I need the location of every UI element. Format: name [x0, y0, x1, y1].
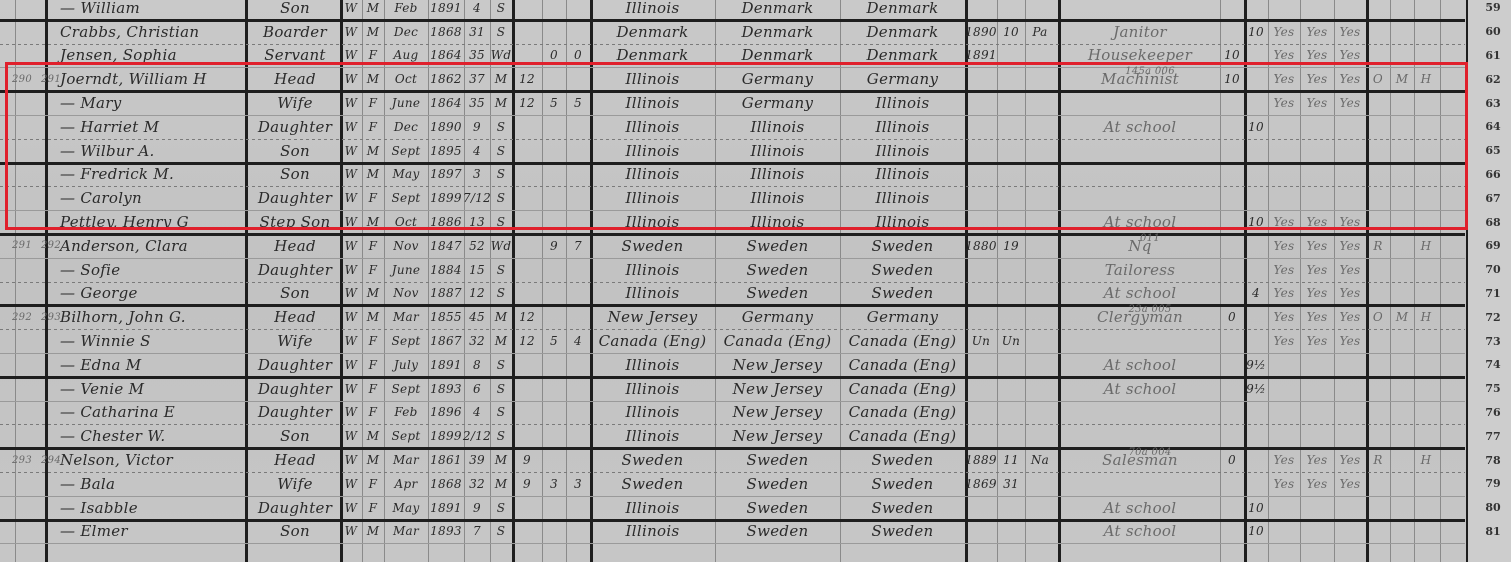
cell-name: — William	[50, 0, 255, 20]
table-row: — CarolynDaughterWFSept18997/12SIllinois…	[0, 186, 1465, 210]
cell-age: 9	[464, 115, 490, 139]
table-row: — Catharina EDaughterWFFeb18964SIllinois…	[0, 401, 1465, 425]
cell-farm-house: H	[1414, 448, 1438, 472]
cell-speak-english	[1334, 163, 1366, 187]
cell-mother-birthplace: Illinois	[840, 91, 965, 115]
cell-dwelling	[8, 20, 36, 44]
cell-immigration-year: 1890	[965, 20, 997, 44]
cell-marital: S	[490, 20, 512, 44]
cell-children-living: 3	[566, 472, 590, 496]
cell-immigration-year	[965, 0, 997, 20]
cell-months-unemployed	[1220, 186, 1244, 210]
cell-naturalization	[1025, 186, 1055, 210]
cell-speak-english: Yes	[1334, 258, 1366, 282]
cell-name: — Edna M	[50, 353, 255, 377]
cell-write: Yes	[1300, 234, 1334, 258]
line-number: 77	[1478, 424, 1508, 448]
cell-occupation: Housekeeper	[1060, 44, 1220, 68]
cell-occupation	[1060, 186, 1220, 210]
cell-years-in-us	[997, 282, 1025, 306]
cell-naturalization	[1025, 0, 1055, 20]
cell-years-married: 12	[512, 305, 542, 329]
cell-read: Yes	[1268, 472, 1300, 496]
cell-sex: M	[362, 305, 384, 329]
cell-year: 1897	[428, 163, 464, 187]
cell-marital: S	[490, 520, 512, 544]
cell-dwelling	[8, 282, 36, 306]
cell-farm-house	[1414, 258, 1438, 282]
cell-color: W	[340, 377, 362, 401]
cell-farm-house	[1414, 401, 1438, 425]
cell-naturalization	[1025, 234, 1055, 258]
cell-mother-birthplace: Canada (Eng)	[840, 353, 965, 377]
cell-occupation	[1060, 472, 1220, 496]
cell-months-unemployed	[1220, 258, 1244, 282]
cell-speak-english	[1334, 401, 1366, 425]
line-number: 66	[1478, 163, 1508, 187]
cell-year: 1862	[428, 67, 464, 91]
cell-immigration-year	[965, 210, 997, 234]
cell-naturalization	[1025, 329, 1055, 353]
cell-months-unemployed: 10	[1220, 67, 1244, 91]
cell-marital: M	[490, 448, 512, 472]
cell-read	[1268, 401, 1300, 425]
cell-owned-rented	[1366, 282, 1390, 306]
line-number: 63	[1478, 91, 1508, 115]
cell-mortgage	[1390, 163, 1414, 187]
cell-read: Yes	[1268, 258, 1300, 282]
cell-years-married	[512, 258, 542, 282]
cell-name: — Elmer	[50, 520, 255, 544]
cell-children-living	[566, 186, 590, 210]
cell-birthplace: Illinois	[590, 520, 715, 544]
cell-relation: Daughter	[250, 401, 340, 425]
cell-school-months	[1244, 329, 1268, 353]
cell-mortgage	[1390, 353, 1414, 377]
cell-occupation-code: 23a 005	[1090, 303, 1210, 315]
cell-father-birthplace: Sweden	[715, 258, 840, 282]
cell-farm-house	[1414, 115, 1438, 139]
cell-birthplace: Illinois	[590, 496, 715, 520]
table-row: Jensen, SophiaServantWFAug186435Wd00Denm…	[0, 44, 1465, 68]
cell-marital: S	[490, 115, 512, 139]
cell-farm-house	[1414, 282, 1438, 306]
cell-children-living	[566, 401, 590, 425]
cell-dwelling	[8, 186, 36, 210]
cell-year: 1899	[428, 186, 464, 210]
cell-relation: Son	[250, 520, 340, 544]
cell-years-married	[512, 520, 542, 544]
cell-speak-english	[1334, 186, 1366, 210]
cell-age: 2/12	[464, 424, 490, 448]
cell-years-in-us	[997, 520, 1025, 544]
cell-year: 1861	[428, 448, 464, 472]
cell-speak-english	[1334, 520, 1366, 544]
cell-write	[1300, 353, 1334, 377]
cell-color: W	[340, 353, 362, 377]
cell-immigration-year	[965, 139, 997, 163]
cell-sex: F	[362, 186, 384, 210]
table-row: — IsabbleDaughterWFMay18919SIllinoisSwed…	[0, 496, 1465, 520]
cell-owned-rented: O	[1366, 305, 1390, 329]
cell-father-birthplace: Denmark	[715, 0, 840, 20]
cell-marital: M	[490, 305, 512, 329]
cell-father-birthplace: Germany	[715, 305, 840, 329]
cell-farm-house: H	[1414, 234, 1438, 258]
cell-immigration-year	[965, 496, 997, 520]
cell-relation: Daughter	[250, 186, 340, 210]
cell-marital: S	[490, 353, 512, 377]
cell-relation: Step Son	[250, 210, 340, 234]
cell-months-unemployed	[1220, 401, 1244, 425]
cell-occupation	[1060, 91, 1220, 115]
cell-farm-house	[1414, 139, 1438, 163]
cell-school-months	[1244, 91, 1268, 115]
cell-children-born	[542, 305, 566, 329]
cell-month: Oct	[384, 67, 428, 91]
cell-children-living	[566, 520, 590, 544]
cell-month: Dec	[384, 115, 428, 139]
cell-color: W	[340, 234, 362, 258]
cell-write	[1300, 0, 1334, 20]
cell-mortgage	[1390, 20, 1414, 44]
cell-immigration-year	[965, 520, 997, 544]
cell-children-living	[566, 20, 590, 44]
cell-birthplace: Illinois	[590, 258, 715, 282]
cell-sex: M	[362, 282, 384, 306]
cell-occupation	[1060, 329, 1220, 353]
cell-farm-house	[1414, 377, 1438, 401]
cell-name: Jensen, Sophia	[50, 44, 255, 68]
cell-children-living: 4	[566, 329, 590, 353]
cell-relation: Wife	[250, 329, 340, 353]
cell-name: — Wilbur A.	[50, 139, 255, 163]
cell-sex: F	[362, 115, 384, 139]
cell-write	[1300, 496, 1334, 520]
cell-relation: Son	[250, 139, 340, 163]
cell-occupation: At school	[1060, 210, 1220, 234]
line-number: 73	[1478, 329, 1508, 353]
cell-occupation: At school	[1060, 496, 1220, 520]
cell-speak-english: Yes	[1334, 305, 1366, 329]
table-row: — Edna MDaughterWFJuly18918SIllinoisNew …	[0, 353, 1465, 377]
cell-mother-birthplace: Illinois	[840, 139, 965, 163]
cell-father-birthplace: New Jersey	[715, 353, 840, 377]
cell-birthplace: Illinois	[590, 0, 715, 20]
cell-naturalization: Pa	[1025, 20, 1055, 44]
cell-mortgage	[1390, 377, 1414, 401]
line-number: 76	[1478, 401, 1508, 425]
cell-write: Yes	[1300, 305, 1334, 329]
line-number: 81	[1478, 520, 1508, 544]
cell-name: Anderson, Clara	[50, 234, 255, 258]
cell-year: 1891	[428, 0, 464, 20]
cell-naturalization	[1025, 520, 1055, 544]
cell-relation: Daughter	[250, 258, 340, 282]
cell-year: 1847	[428, 234, 464, 258]
cell-sex: F	[362, 329, 384, 353]
cell-write	[1300, 520, 1334, 544]
line-number: 78	[1478, 448, 1508, 472]
cell-children-born	[542, 115, 566, 139]
cell-color: W	[340, 67, 362, 91]
cell-year: 1891	[428, 353, 464, 377]
cell-marital: M	[490, 472, 512, 496]
cell-years-married	[512, 353, 542, 377]
cell-dwelling	[8, 163, 36, 187]
cell-children-living	[566, 67, 590, 91]
line-number: 62	[1478, 67, 1508, 91]
cell-write: Yes	[1300, 67, 1334, 91]
cell-marital: S	[490, 282, 512, 306]
cell-children-born	[542, 163, 566, 187]
row-rule	[0, 543, 1465, 544]
cell-read: Yes	[1268, 44, 1300, 68]
cell-mother-birthplace: Sweden	[840, 282, 965, 306]
cell-owned-rented	[1366, 401, 1390, 425]
cell-birthplace: Denmark	[590, 44, 715, 68]
cell-relation: Son	[250, 0, 340, 20]
cell-sex: M	[362, 520, 384, 544]
cell-write	[1300, 186, 1334, 210]
cell-immigration-year: 1880	[965, 234, 997, 258]
cell-mother-birthplace: Sweden	[840, 520, 965, 544]
cell-read: Yes	[1268, 448, 1300, 472]
cell-speak-english: Yes	[1334, 282, 1366, 306]
cell-immigration-year	[965, 401, 997, 425]
cell-occupation-code: 145a 006	[1090, 65, 1210, 77]
cell-write	[1300, 139, 1334, 163]
cell-marital: S	[490, 258, 512, 282]
cell-birthplace: Illinois	[590, 163, 715, 187]
cell-month: Aug	[384, 44, 428, 68]
cell-birthplace: Sweden	[590, 472, 715, 496]
cell-age: 8	[464, 353, 490, 377]
cell-mother-birthplace: Illinois	[840, 210, 965, 234]
cell-years-in-us	[997, 0, 1025, 20]
cell-age: 52	[464, 234, 490, 258]
cell-name: — Winnie S	[50, 329, 255, 353]
table-row: — Winnie SWifeWFSept186732M1254Canada (E…	[0, 329, 1465, 353]
cell-father-birthplace: Sweden	[715, 282, 840, 306]
cell-years-in-us	[997, 163, 1025, 187]
cell-years-in-us: 31	[997, 472, 1025, 496]
cell-speak-english	[1334, 496, 1366, 520]
cell-sex: F	[362, 258, 384, 282]
cell-speak-english: Yes	[1334, 329, 1366, 353]
cell-read	[1268, 0, 1300, 20]
cell-write	[1300, 377, 1334, 401]
cell-school-months: 10	[1244, 210, 1268, 234]
cell-speak-english	[1334, 353, 1366, 377]
cell-school-months	[1244, 424, 1268, 448]
line-number: 79	[1478, 472, 1508, 496]
cell-write	[1300, 163, 1334, 187]
table-row: 290291Joerndt, William HHeadWMOct186237M…	[0, 67, 1465, 91]
table-row: Crabbs, ChristianBoarderWMDec186831SDenm…	[0, 20, 1465, 44]
cell-father-birthplace: Denmark	[715, 20, 840, 44]
cell-farm-house	[1414, 210, 1438, 234]
cell-marital: S	[490, 377, 512, 401]
cell-occupation	[1060, 424, 1220, 448]
cell-dwelling: 292	[8, 305, 36, 329]
cell-mother-birthplace: Germany	[840, 305, 965, 329]
cell-read	[1268, 424, 1300, 448]
cell-naturalization	[1025, 91, 1055, 115]
cell-occupation-code: 70a 004	[1090, 446, 1210, 458]
cell-age: 35	[464, 44, 490, 68]
cell-dwelling	[8, 472, 36, 496]
cell-write	[1300, 401, 1334, 425]
cell-occupation: At school	[1060, 282, 1220, 306]
cell-sex: F	[362, 377, 384, 401]
cell-speak-english: Yes	[1334, 472, 1366, 496]
cell-naturalization	[1025, 44, 1055, 68]
cell-school-months: 10	[1244, 20, 1268, 44]
cell-age: 4	[464, 401, 490, 425]
table-row: 292293Bilhorn, John G.HeadWMMar185545M12…	[0, 305, 1465, 329]
cell-marital: S	[490, 163, 512, 187]
cell-owned-rented	[1366, 44, 1390, 68]
cell-naturalization: Na	[1025, 448, 1055, 472]
line-number: 68	[1478, 210, 1508, 234]
cell-mother-birthplace: Illinois	[840, 115, 965, 139]
cell-owned-rented	[1366, 163, 1390, 187]
cell-father-birthplace: Sweden	[715, 520, 840, 544]
cell-years-in-us	[997, 258, 1025, 282]
cell-sex: M	[362, 139, 384, 163]
cell-mortgage	[1390, 44, 1414, 68]
cell-school-months: 9½	[1244, 353, 1268, 377]
cell-mortgage	[1390, 139, 1414, 163]
cell-children-born	[542, 20, 566, 44]
cell-father-birthplace: Illinois	[715, 210, 840, 234]
cell-color: W	[340, 44, 362, 68]
cell-read: Yes	[1268, 67, 1300, 91]
cell-years-in-us: 10	[997, 20, 1025, 44]
cell-school-months: 10	[1244, 115, 1268, 139]
cell-children-born	[542, 282, 566, 306]
cell-years-married	[512, 0, 542, 20]
cell-immigration-year: 1869	[965, 472, 997, 496]
cell-dwelling	[8, 520, 36, 544]
cell-immigration-year: Un	[965, 329, 997, 353]
cell-months-unemployed: 0	[1220, 305, 1244, 329]
cell-children-living	[566, 424, 590, 448]
cell-dwelling	[8, 0, 36, 20]
cell-birthplace: Illinois	[590, 377, 715, 401]
cell-naturalization	[1025, 115, 1055, 139]
cell-read	[1268, 496, 1300, 520]
cell-children-born: 0	[542, 44, 566, 68]
cell-mother-birthplace: Illinois	[840, 163, 965, 187]
cell-naturalization	[1025, 258, 1055, 282]
cell-mortgage	[1390, 258, 1414, 282]
cell-immigration-year	[965, 115, 997, 139]
cell-month: Feb	[384, 0, 428, 20]
cell-speak-english: Yes	[1334, 20, 1366, 44]
cell-relation: Daughter	[250, 377, 340, 401]
cell-owned-rented	[1366, 210, 1390, 234]
line-number: 80	[1478, 496, 1508, 520]
cell-months-unemployed	[1220, 234, 1244, 258]
cell-school-months	[1244, 472, 1268, 496]
cell-father-birthplace: Sweden	[715, 234, 840, 258]
cell-marital: S	[490, 424, 512, 448]
cell-year: 1891	[428, 496, 464, 520]
cell-immigration-year	[965, 377, 997, 401]
cell-months-unemployed	[1220, 0, 1244, 20]
cell-years-married	[512, 496, 542, 520]
cell-years-married	[512, 139, 542, 163]
table-row: — WilliamSonWMFeb18914SIllinoisDenmarkDe…	[0, 0, 1465, 20]
line-number: 69	[1478, 234, 1508, 258]
cell-children-living: 7	[566, 234, 590, 258]
cell-speak-english: Yes	[1334, 448, 1366, 472]
cell-mortgage	[1390, 448, 1414, 472]
table-row: — Harriet MDaughterWFDec18909SIllinoisIl…	[0, 115, 1465, 139]
cell-months-unemployed: 0	[1220, 448, 1244, 472]
cell-children-born	[542, 139, 566, 163]
cell-dwelling	[8, 91, 36, 115]
cell-farm-house	[1414, 44, 1438, 68]
cell-father-birthplace: Germany	[715, 67, 840, 91]
cell-name: Bilhorn, John G.	[50, 305, 255, 329]
cell-children-born	[542, 377, 566, 401]
cell-month: Mar	[384, 305, 428, 329]
cell-color: W	[340, 496, 362, 520]
cell-farm-house	[1414, 424, 1438, 448]
cell-name: — Catharina E	[50, 401, 255, 425]
cell-years-married	[512, 210, 542, 234]
cell-month: Mar	[384, 520, 428, 544]
cell-write: Yes	[1300, 329, 1334, 353]
cell-father-birthplace: Denmark	[715, 44, 840, 68]
cell-write: Yes	[1300, 44, 1334, 68]
cell-age: 3	[464, 163, 490, 187]
cell-years-married: 9	[512, 448, 542, 472]
cell-naturalization	[1025, 472, 1055, 496]
cell-read: Yes	[1268, 329, 1300, 353]
cell-school-months	[1244, 163, 1268, 187]
cell-year: 1868	[428, 20, 464, 44]
cell-speak-english	[1334, 115, 1366, 139]
cell-occupation: At school	[1060, 520, 1220, 544]
cell-name: Crabbs, Christian	[50, 20, 255, 44]
cell-relation: Head	[250, 234, 340, 258]
line-number: 60	[1478, 20, 1508, 44]
cell-farm-house	[1414, 472, 1438, 496]
cell-months-unemployed	[1220, 91, 1244, 115]
cell-name: Pettley, Henry G	[50, 210, 255, 234]
cell-immigration-year	[965, 258, 997, 282]
cell-owned-rented	[1366, 353, 1390, 377]
cell-marital: S	[490, 0, 512, 20]
cell-years-in-us	[997, 401, 1025, 425]
cell-school-months	[1244, 258, 1268, 282]
table-row: — BalaWifeWFApr186832M933SwedenSwedenSwe…	[0, 472, 1465, 496]
cell-dwelling	[8, 44, 36, 68]
cell-mother-birthplace: Denmark	[840, 20, 965, 44]
cell-owned-rented	[1366, 0, 1390, 20]
cell-year: 1886	[428, 210, 464, 234]
cell-age: 31	[464, 20, 490, 44]
cell-marital: M	[490, 67, 512, 91]
cell-children-born	[542, 210, 566, 234]
cell-month: May	[384, 163, 428, 187]
cell-dwelling	[8, 496, 36, 520]
cell-color: W	[340, 520, 362, 544]
